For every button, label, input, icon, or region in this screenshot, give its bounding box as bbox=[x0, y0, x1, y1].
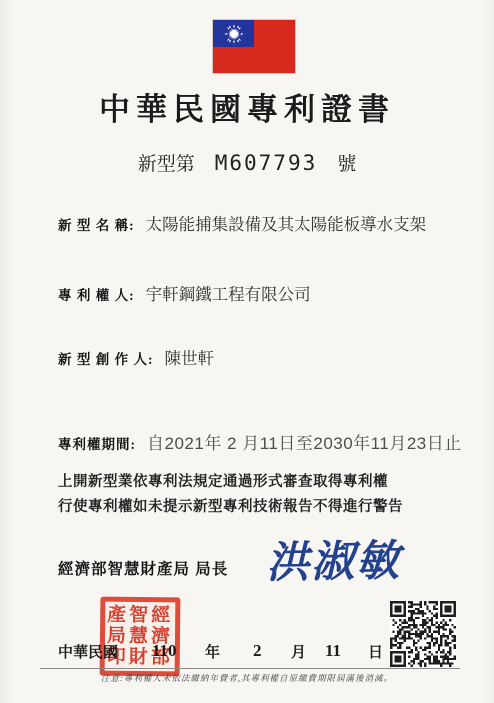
field-value: 自2021年 2 月11日至2030年11月23日止 bbox=[147, 434, 462, 453]
field-utility-model-name: 新 型 名 稱: 太陽能捕集設備及其太陽能板導水支架 bbox=[58, 211, 426, 235]
annual-fee-footnote: 注意:專利權人未依法繳納年費者,其專利權自原繳費期限屆滿後消滅。 bbox=[0, 672, 494, 684]
seal-row: 局慧濟 bbox=[105, 626, 175, 648]
patent-certificate-page: 中華民國專利證書 新型第 M607793 號 新 型 名 稱: 太陽能捕集設備及… bbox=[0, 0, 494, 703]
certificate-title: 中華民國專利證書 bbox=[0, 84, 494, 129]
cert-number-prefix: 新型第 bbox=[138, 149, 195, 176]
certificate-number-line: 新型第 M607793 號 bbox=[0, 149, 494, 176]
field-label: 新 型 名 稱: bbox=[58, 218, 135, 233]
seal-row: 產智經 bbox=[105, 605, 175, 627]
date-month-unit: 月 bbox=[291, 641, 306, 662]
issuing-office-title: 經濟部智慧財產局 局長 bbox=[58, 557, 228, 579]
date-day-unit: 日 bbox=[368, 641, 383, 662]
qr-code bbox=[390, 601, 456, 667]
field-value: 陳世軒 bbox=[165, 349, 215, 368]
qr-code-canvas bbox=[390, 601, 456, 667]
flag-sun-icon bbox=[224, 24, 244, 44]
field-value: 太陽能捕集設備及其太陽能板導水支架 bbox=[146, 215, 427, 234]
cert-number: M607793 bbox=[215, 151, 318, 175]
field-patentee: 專 利 權 人: 宇軒鋼鐵工程有限公司 bbox=[58, 281, 311, 305]
footer-divider bbox=[40, 668, 460, 669]
legal-notice-line2: 行使專利權如未提示新型專利技術報告不得進行警告 bbox=[58, 495, 403, 520]
date-day: 11 bbox=[325, 641, 341, 661]
field-patent-term: 專利權期間: 自2021年 2 月11日至2030年11月23日止 bbox=[58, 429, 462, 454]
flag-canton bbox=[213, 20, 254, 47]
legal-notice: 上開新型業依專利法規定通過形式審查取得專利權 行使專利權如未提示新型專利技術報告… bbox=[58, 470, 403, 520]
seal-row: 印財部 bbox=[105, 647, 175, 669]
field-label: 專利權期間: bbox=[58, 437, 136, 452]
field-value: 宇軒鋼鐵工程有限公司 bbox=[146, 285, 311, 304]
director-general-signature: 洪淑敏 bbox=[265, 527, 426, 591]
cert-number-suffix: 號 bbox=[337, 149, 356, 176]
date-month: 2 bbox=[253, 641, 262, 661]
taiwan-flag bbox=[213, 20, 295, 73]
field-label: 新 型 創 作 人: bbox=[58, 352, 154, 367]
field-creator: 新 型 創 作 人: 陳世軒 bbox=[58, 345, 214, 369]
date-year-unit: 年 bbox=[205, 641, 220, 662]
ipo-official-seal: 產智經 局慧濟 印財部 bbox=[100, 597, 181, 677]
field-label: 專 利 權 人: bbox=[58, 288, 135, 303]
legal-notice-line1: 上開新型業依專利法規定通過形式審查取得專利權 bbox=[58, 470, 403, 495]
